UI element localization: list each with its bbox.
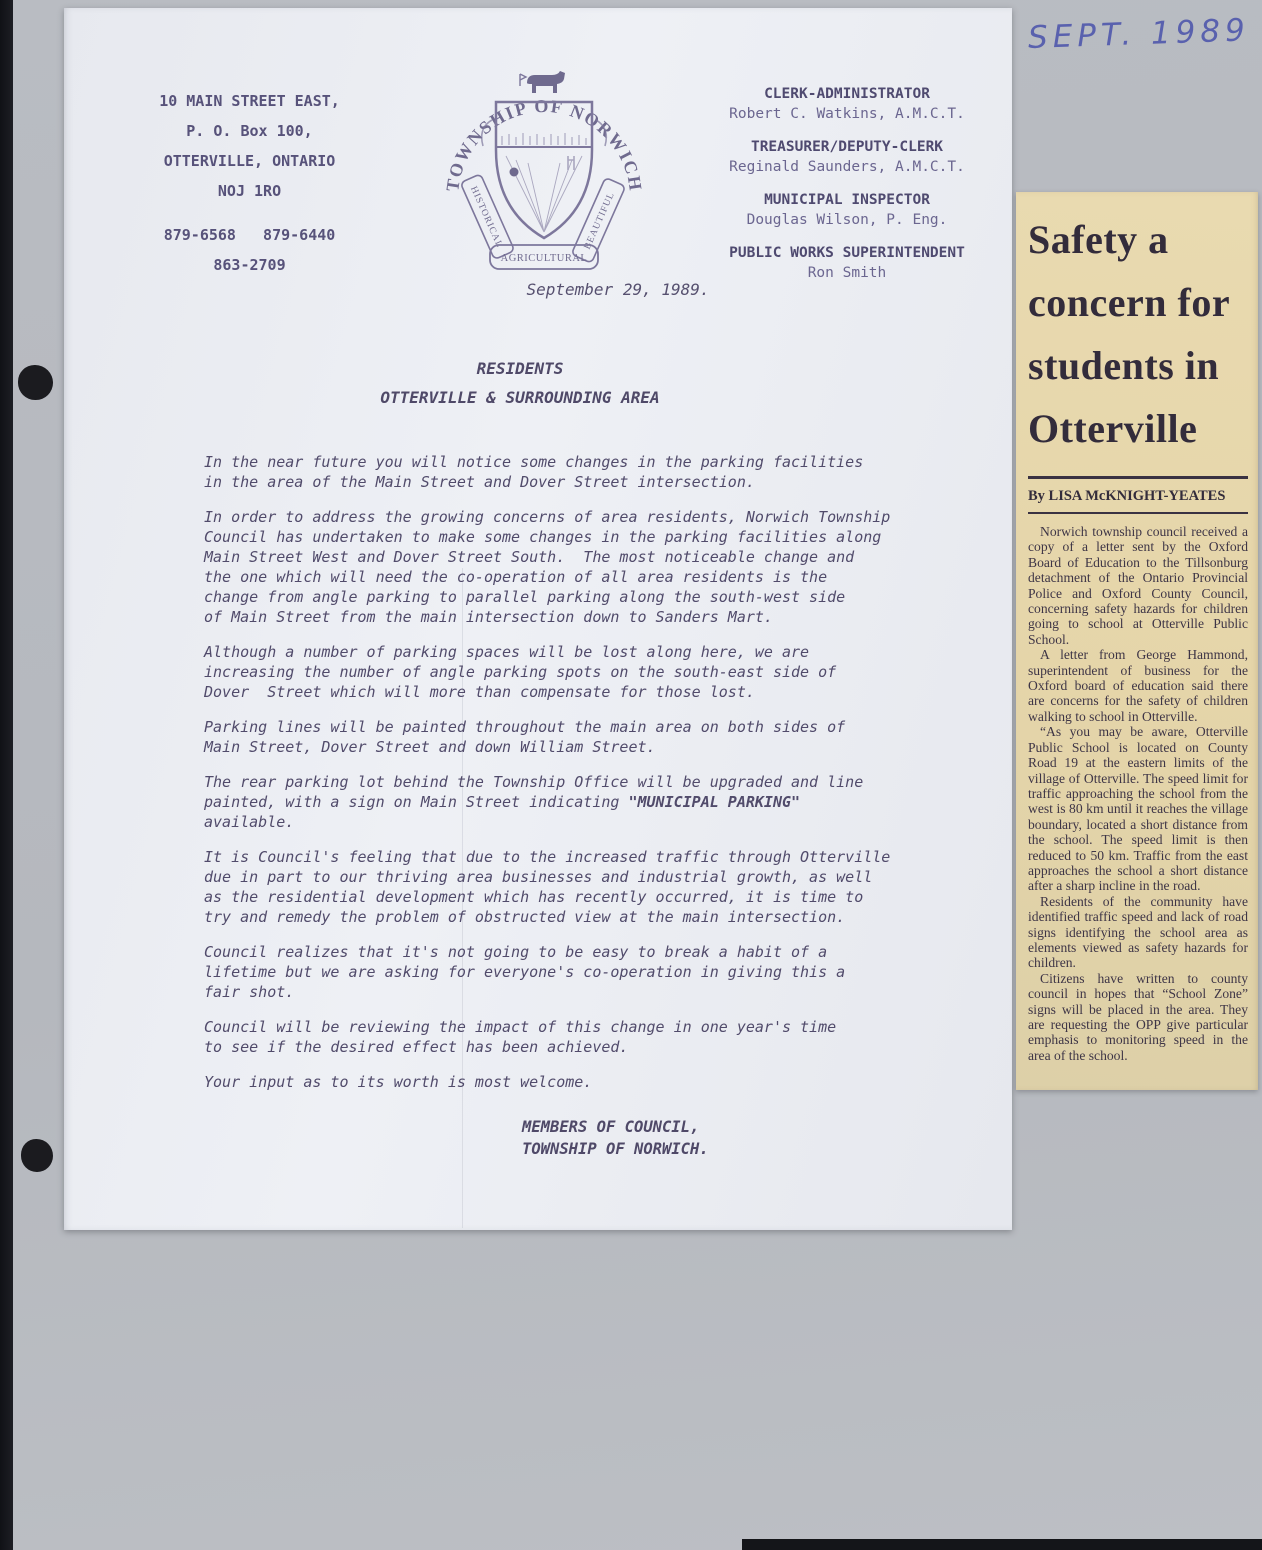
headline-line: Safety a	[1028, 208, 1248, 271]
article-paragraph: Residents of the community have identifi…	[1028, 894, 1248, 971]
official-title: PUBLIC WORKS SUPERINTENDENT	[682, 243, 1012, 263]
officials-block: CLERK-ADMINISTRATORRobert C. Watkins, A.…	[682, 84, 1012, 296]
letter-text: Main Street West and Dover Street South.…	[204, 548, 854, 566]
letter-text: Although a number of parking spaces will…	[204, 643, 809, 661]
letter-text: In order to address the growing concerns…	[204, 508, 890, 526]
official-title: CLERK-ADMINISTRATOR	[682, 84, 1012, 104]
newspaper-clipping: Safety aconcern forstudents inOtterville…	[1016, 192, 1258, 1090]
letter-paragraph: Council realizes that it's not going to …	[204, 942, 944, 1002]
clipping-byline: By LISA McKNIGHT-YEATES	[1028, 488, 1248, 505]
letter-paragraph: The rear parking lot behind the Township…	[204, 772, 944, 832]
letter-text: painted, with a sign on Main Street indi…	[204, 793, 628, 811]
crest-ribbon-left: HISTORICAL	[460, 174, 514, 260]
township-crest-icon: TOWNSHIP OF NORWICH HISTORICAL	[432, 48, 656, 288]
letter-bold-text: "MUNICIPAL PARKING"	[628, 793, 800, 811]
official-title: TREASURER/DEPUTY-CLERK	[682, 137, 1012, 157]
crest-plough	[510, 168, 519, 177]
letter-text: change from angle parking to parallel pa…	[204, 588, 845, 606]
letter-text: try and remedy the problem of obstructed…	[204, 908, 845, 926]
article-paragraph: A letter from George Hammond, superinten…	[1028, 647, 1248, 724]
byline-rule-bottom	[1028, 512, 1248, 514]
letter-text: the one which will need the co-operation…	[204, 568, 827, 586]
signature-line: MEMBERS OF COUNCIL,	[522, 1116, 709, 1138]
letter-text: Dover Street which will more than compen…	[204, 683, 755, 701]
letter-line: change from angle parking to parallel pa…	[204, 587, 944, 607]
letter-line: to see if the desired effect has been ac…	[204, 1037, 944, 1057]
letter-line: fair shot.	[204, 982, 944, 1002]
letter-line: try and remedy the problem of obstructed…	[204, 907, 944, 927]
letter-line: In order to address the growing concerns…	[204, 507, 944, 527]
letter-text: In the near future you will notice some …	[204, 453, 863, 471]
cow-icon	[520, 71, 565, 93]
letter-line: Parking lines will be painted throughout…	[204, 717, 944, 737]
letter-line: Council realizes that it's not going to …	[204, 942, 944, 962]
letter-paragraph: Council will be reviewing the impact of …	[204, 1017, 944, 1057]
clipping-headline: Safety aconcern forstudents inOtterville	[1028, 208, 1248, 460]
letter-text: due in part to our thriving area busines…	[204, 868, 872, 886]
headline-line: students in	[1028, 334, 1248, 397]
letter-paragraph: Although a number of parking spaces will…	[204, 642, 944, 702]
letter-text: as the residential development which has…	[204, 888, 863, 906]
letter-text: Your input as to its worth is most welco…	[204, 1073, 592, 1091]
letter-paragraph: It is Council's feeling that due to the …	[204, 847, 944, 927]
phone-block: 879-6568 879-6440863-2709	[122, 220, 377, 280]
letter-line: due in part to our thriving area busines…	[204, 867, 944, 887]
official-title: MUNICIPAL INSPECTOR	[682, 190, 1012, 210]
letter-body: In the near future you will notice some …	[204, 452, 944, 1107]
letter-line: Main Street West and Dover Street South.…	[204, 547, 944, 567]
signature-line: TOWNSHIP OF NORWICH.	[522, 1138, 709, 1160]
letter-paragraph: Your input as to its worth is most welco…	[204, 1072, 944, 1092]
letter-text: It is Council's feeling that due to the …	[204, 848, 890, 866]
letter-line: painted, with a sign on Main Street indi…	[204, 792, 944, 812]
salutation-line: OTTERVILLE & SURROUNDING AREA	[320, 383, 720, 412]
phone-line: 863-2709	[122, 250, 377, 280]
official-name: Reginald Saunders, A.M.C.T.	[682, 157, 1012, 177]
letter-line: the one which will need the co-operation…	[204, 567, 944, 587]
letter-line: available.	[204, 812, 944, 832]
salutation-line: RESIDENTS	[320, 354, 720, 383]
address-line: P. O. Box 100,	[122, 116, 377, 146]
letter-line: Main Street, Dover Street and down Willi…	[204, 737, 944, 757]
address-block: 10 MAIN STREET EAST,P. O. Box 100,OTTERV…	[122, 86, 377, 206]
letter-line: in the area of the Main Street and Dover…	[204, 472, 944, 492]
headline-line: concern for	[1028, 271, 1248, 334]
crest-field	[506, 156, 582, 232]
letter-line: Council has undertaken to make some chan…	[204, 527, 944, 547]
scan-edge-bottom	[742, 1539, 1262, 1550]
letter-line: Your input as to its worth is most welco…	[204, 1072, 944, 1092]
letter-text: fair shot.	[204, 983, 294, 1001]
scrapbook-page: SEPT. 1989 10 MAIN STREET EAST,P. O. Box…	[0, 0, 1262, 1550]
salutation-block: RESIDENTSOTTERVILLE & SURROUNDING AREA	[320, 354, 720, 412]
letter-document: 10 MAIN STREET EAST,P. O. Box 100,OTTERV…	[64, 8, 1012, 1230]
letter-text: to see if the desired effect has been ac…	[204, 1038, 628, 1056]
crest-ribbon-bottom: AGRICULTURAL	[490, 245, 598, 269]
address-line: 10 MAIN STREET EAST,	[122, 86, 377, 116]
letter-line: It is Council's feeling that due to the …	[204, 847, 944, 867]
letter-line: Although a number of parking spaces will…	[204, 642, 944, 662]
letter-paragraph: In the near future you will notice some …	[204, 452, 944, 492]
letter-text: Main Street, Dover Street and down Willi…	[204, 738, 656, 756]
svg-text:AGRICULTURAL: AGRICULTURAL	[501, 253, 588, 264]
article-paragraph: Norwich township council received a copy…	[1028, 524, 1248, 647]
clipping-article: Norwich township council received a copy…	[1028, 524, 1248, 1063]
headline-line: Otterville	[1028, 397, 1248, 460]
letter-line: of Main Street from the main intersectio…	[204, 607, 944, 627]
letter-text: Council will be reviewing the impact of …	[204, 1018, 836, 1036]
letter-text: Council realizes that it's not going to …	[204, 943, 827, 961]
letter-text: Council has undertaken to make some chan…	[204, 528, 881, 546]
hole-punch-bottom	[21, 1139, 53, 1172]
letter-text: increasing the number of angle parking s…	[204, 663, 836, 681]
scan-edge-left	[0, 0, 13, 1550]
letter-text: in the area of the Main Street and Dover…	[204, 473, 755, 491]
letter-line: as the residential development which has…	[204, 887, 944, 907]
handwritten-date: SEPT. 1989	[1027, 12, 1258, 56]
article-paragraph: Citizens have written to county council …	[1028, 971, 1248, 1063]
crest-ribbon-right: BEAUTIFUL	[571, 177, 625, 263]
letter-line: lifetime but we are asking for everyone'…	[204, 962, 944, 982]
address-line: OTTERVILLE, ONTARIO	[122, 146, 377, 176]
official-name: Robert C. Watkins, A.M.C.T.	[682, 104, 1012, 124]
letter-line: Dover Street which will more than compen…	[204, 682, 944, 702]
letter-text: of Main Street from the main intersectio…	[204, 608, 773, 626]
letter-line: The rear parking lot behind the Township…	[204, 772, 944, 792]
letter-line: increasing the number of angle parking s…	[204, 662, 944, 682]
letter-line: Council will be reviewing the impact of …	[204, 1017, 944, 1037]
svg-text:BEAUTIFUL: BEAUTIFUL	[583, 191, 617, 252]
letter-date: September 29, 1989.	[458, 280, 778, 299]
letter-text: Parking lines will be painted throughout…	[204, 718, 845, 736]
letter-paragraph: Parking lines will be painted throughout…	[204, 717, 944, 757]
letter-text: lifetime but we are asking for everyone'…	[204, 963, 845, 981]
letter-line: In the near future you will notice some …	[204, 452, 944, 472]
article-paragraph: “As you may be aware, Otterville Public …	[1028, 724, 1248, 893]
letter-text: The rear parking lot behind the Township…	[204, 773, 863, 791]
official-name: Douglas Wilson, P. Eng.	[682, 210, 1012, 230]
hole-punch-top	[18, 365, 53, 400]
signature-block: MEMBERS OF COUNCIL,TOWNSHIP OF NORWICH.	[522, 1116, 709, 1160]
letter-paragraph: In order to address the growing concerns…	[204, 507, 944, 627]
letter-text: available.	[204, 813, 294, 831]
address-line: NOJ 1RO	[122, 176, 377, 206]
phone-line: 879-6568 879-6440	[122, 220, 377, 250]
byline-rule-top	[1028, 476, 1248, 479]
